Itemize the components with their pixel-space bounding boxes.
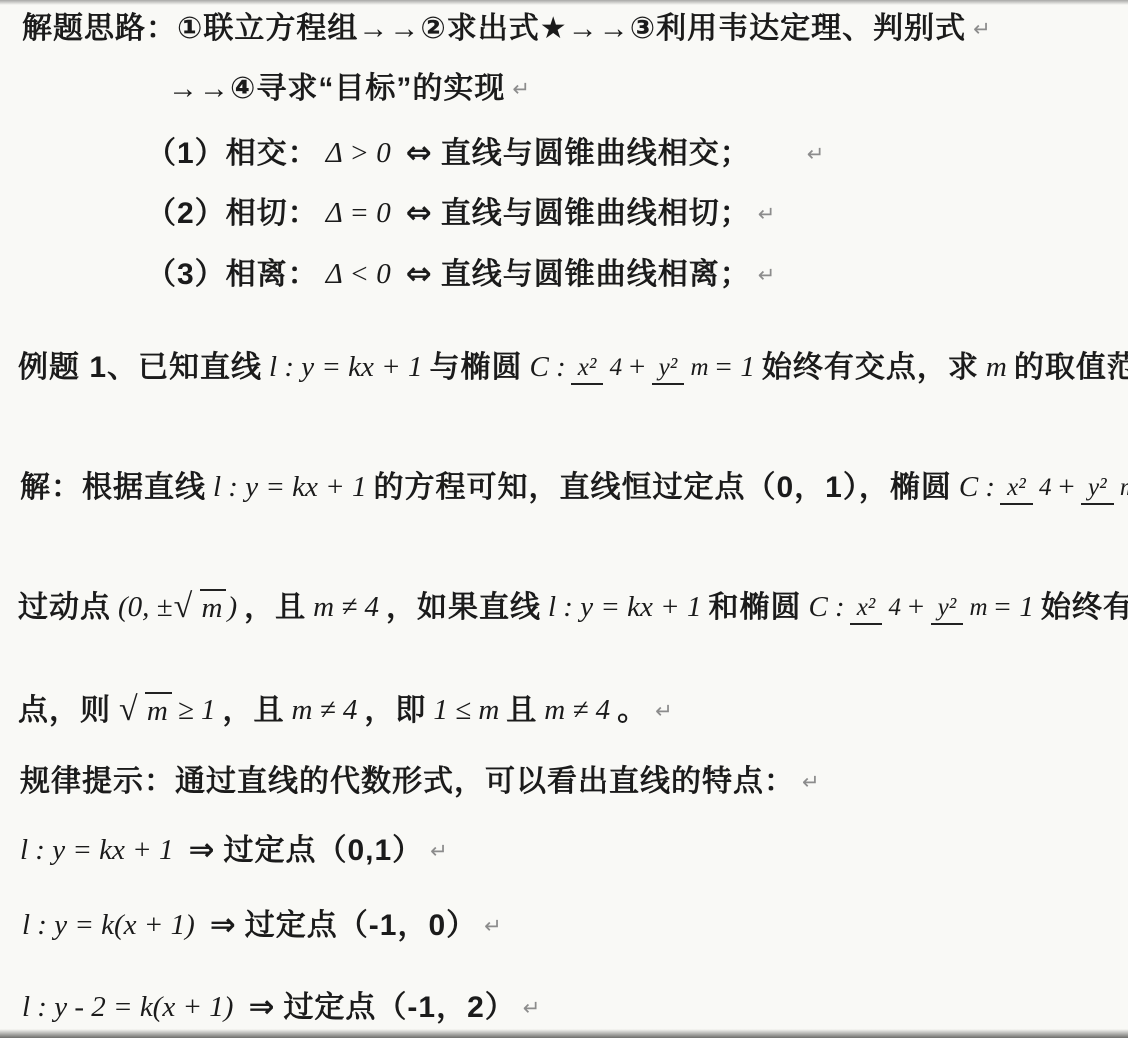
solution-2-prefix: 过动点 [18, 591, 111, 626]
radical-icon: √ [119, 691, 138, 728]
intro-line-1: 解题思路：①联立方程组→→②求出式★→→③利用韦达定理、判别式 ↵ [22, 12, 991, 47]
case-line-1: （1）相交： Δ > 0 ⇔ 直线与圆锥曲线相交； ↵ [146, 136, 824, 172]
case-1-result: 直线与圆锥曲线相交； [441, 137, 751, 172]
iff-arrow-icon: ⇔ [406, 136, 433, 172]
fraction-x2-4: x² 4 [850, 594, 901, 623]
solution-3-then: ，即 [364, 694, 426, 729]
sqrt-m-ge-1: √ m ≥ 1 [118, 693, 216, 728]
return-mark: ↵ [802, 770, 820, 794]
m-not-equal-4: m ≠ 4 [313, 591, 379, 624]
implies-arrow-icon: ⇒ [210, 908, 237, 944]
return-mark: ↵ [430, 839, 448, 863]
iff-arrow-icon: ⇔ [406, 196, 433, 232]
sqrt-m: √ m [174, 590, 227, 625]
sqrt-m: √ m [119, 693, 172, 728]
ellipse-C: C : [808, 591, 844, 624]
ellipse-equation: C : x² 4 + y² m = 1 [959, 471, 1128, 504]
return-mark: ↵ [512, 77, 530, 101]
solution-3-prefix: 点，则 [18, 694, 111, 729]
range-1-le-m: 1 ≤ m [433, 694, 499, 727]
plus-sign: + [906, 591, 926, 624]
solution-line-1: 解：根据直线 l : y = kx + 1 的方程可知，直线恒过定点（0，1），… [20, 445, 1128, 531]
intro-line-2-text: →→④寻求“目标”的实现 [168, 72, 505, 107]
rule-2-formula: l : y = k(x + 1) [22, 909, 195, 942]
rule-2-text: 过定点（-1，0） [245, 909, 477, 944]
ellipse-C: C : [959, 471, 995, 504]
implies-arrow-icon: ⇒ [188, 833, 215, 869]
intro-line-2: →→④寻求“目标”的实现 ↵ [168, 72, 530, 107]
return-mark: ↵ [523, 996, 541, 1020]
example-suffix2: 的取值范围 [1014, 351, 1128, 386]
equals-one: = 1 [714, 351, 755, 384]
line-equation: l : y = kx + 1 [213, 471, 366, 504]
fraction-y2-m: y² m [931, 594, 988, 623]
case-1-label: （1）相交： [146, 137, 319, 172]
case-3-label: （3）相离： [146, 258, 319, 293]
case-3-result: 直线与圆锥曲线相离； [441, 258, 751, 293]
rule-3-formula: l : y - 2 = k(x + 1) [22, 991, 233, 1024]
rule-1-text: 过定点（0,1） [223, 834, 423, 869]
intro-line-1-text: 解题思路：①联立方程组→→②求出式★→→③利用韦达定理、判别式 [22, 12, 966, 47]
ellipse-C: C : [530, 351, 566, 384]
return-mark: ↵ [973, 17, 991, 41]
solution-2-and: 和椭圆 [708, 591, 801, 626]
fraction-y2-m: y² m [1081, 474, 1128, 503]
rule-3-text: 过定点（-1，2） [283, 991, 515, 1026]
return-mark: ↵ [484, 914, 502, 938]
fraction-x2-4: x² 4 [571, 354, 622, 383]
rule-item-1: l : y = kx + 1 ⇒ 过定点（0,1） ↵ [20, 833, 448, 869]
case-1-condition: Δ > 0 [326, 137, 391, 170]
rule-title-text: 规律提示：通过直线的代数形式，可以看出直线的特点： [20, 765, 795, 800]
scan-edge-top [0, 0, 1128, 5]
m-not-equal-4: m ≠ 4 [544, 694, 610, 727]
solution-2-end: 始终有交 [1041, 591, 1128, 626]
case-3-condition: Δ < 0 [326, 258, 391, 291]
fraction-x2-4: x² 4 [1000, 474, 1051, 503]
equals-one: = 1 [993, 591, 1034, 624]
ellipse-equation: C : x² 4 + y² m = 1 [808, 591, 1033, 624]
line-equation: l : y = kx + 1 [548, 591, 701, 624]
m-not-equal-4: m ≠ 4 [292, 694, 358, 727]
solution-line-2: 过动点 (0, ± √ m ) ，且 m ≠ 4 ，如果直线 l : y = k… [18, 565, 1128, 651]
example-prefix: 例题 1、已知直线 [18, 351, 262, 386]
example-mid: 与椭圆 [430, 351, 523, 386]
radical-icon: √ [174, 588, 193, 625]
solution-1-prefix: 解：根据直线 [20, 471, 206, 506]
solution-2-mid: ，如果直线 [386, 591, 541, 626]
case-line-2: （2）相切： Δ = 0 ⇔ 直线与圆锥曲线相切； ↵ [146, 196, 775, 232]
plus-sign: + [1056, 471, 1076, 504]
plus-sign: + [627, 351, 647, 384]
rule-1-formula: l : y = kx + 1 [20, 834, 173, 867]
document-page: 解题思路：①联立方程组→→②求出式★→→③利用韦达定理、判别式 ↵ →→④寻求“… [0, 0, 1128, 1038]
implies-arrow-icon: ⇒ [248, 990, 275, 1026]
line-equation: l : y = kx + 1 [269, 351, 422, 384]
variable-m: m [986, 351, 1007, 384]
rule-title-line: 规律提示：通过直线的代数形式，可以看出直线的特点： ↵ [20, 765, 820, 800]
case-2-condition: Δ = 0 [326, 197, 391, 230]
solution-3-period: 。 [617, 694, 648, 729]
fraction-y2-m: y² m [652, 354, 709, 383]
solution-3-conj: ，且 [223, 694, 285, 729]
example-line: 例题 1、已知直线 l : y = kx + 1 与椭圆 C : x² 4 + … [18, 325, 1128, 411]
moving-point: (0, ± √ m ) [118, 590, 237, 625]
solution-1-mid: 的方程可知，直线恒过定点（0，1），椭圆 [373, 471, 951, 506]
rule-item-3: l : y - 2 = k(x + 1) ⇒ 过定点（-1，2） ↵ [22, 990, 540, 1026]
return-mark: ↵ [807, 142, 825, 166]
case-2-result: 直线与圆锥曲线相切； [441, 197, 751, 232]
scan-edge-bottom [0, 1029, 1128, 1038]
example-suffix1: 始终有交点，求 [762, 351, 979, 386]
return-mark: ↵ [758, 263, 776, 287]
iff-arrow-icon: ⇔ [406, 257, 433, 293]
solution-3-and: 且 [506, 694, 537, 729]
solution-2-conj: ，且 [244, 591, 306, 626]
solution-line-3: 点，则 √ m ≥ 1 ，且 m ≠ 4 ，即 1 ≤ m 且 m ≠ 4 。 … [18, 688, 673, 734]
case-2-label: （2）相切： [146, 197, 319, 232]
return-mark: ↵ [758, 202, 776, 226]
case-line-3: （3）相离： Δ < 0 ⇔ 直线与圆锥曲线相离； ↵ [146, 257, 775, 293]
ellipse-equation: C : x² 4 + y² m = 1 [530, 351, 755, 384]
return-mark: ↵ [655, 699, 673, 723]
rule-item-2: l : y = k(x + 1) ⇒ 过定点（-1，0） ↵ [22, 908, 502, 944]
